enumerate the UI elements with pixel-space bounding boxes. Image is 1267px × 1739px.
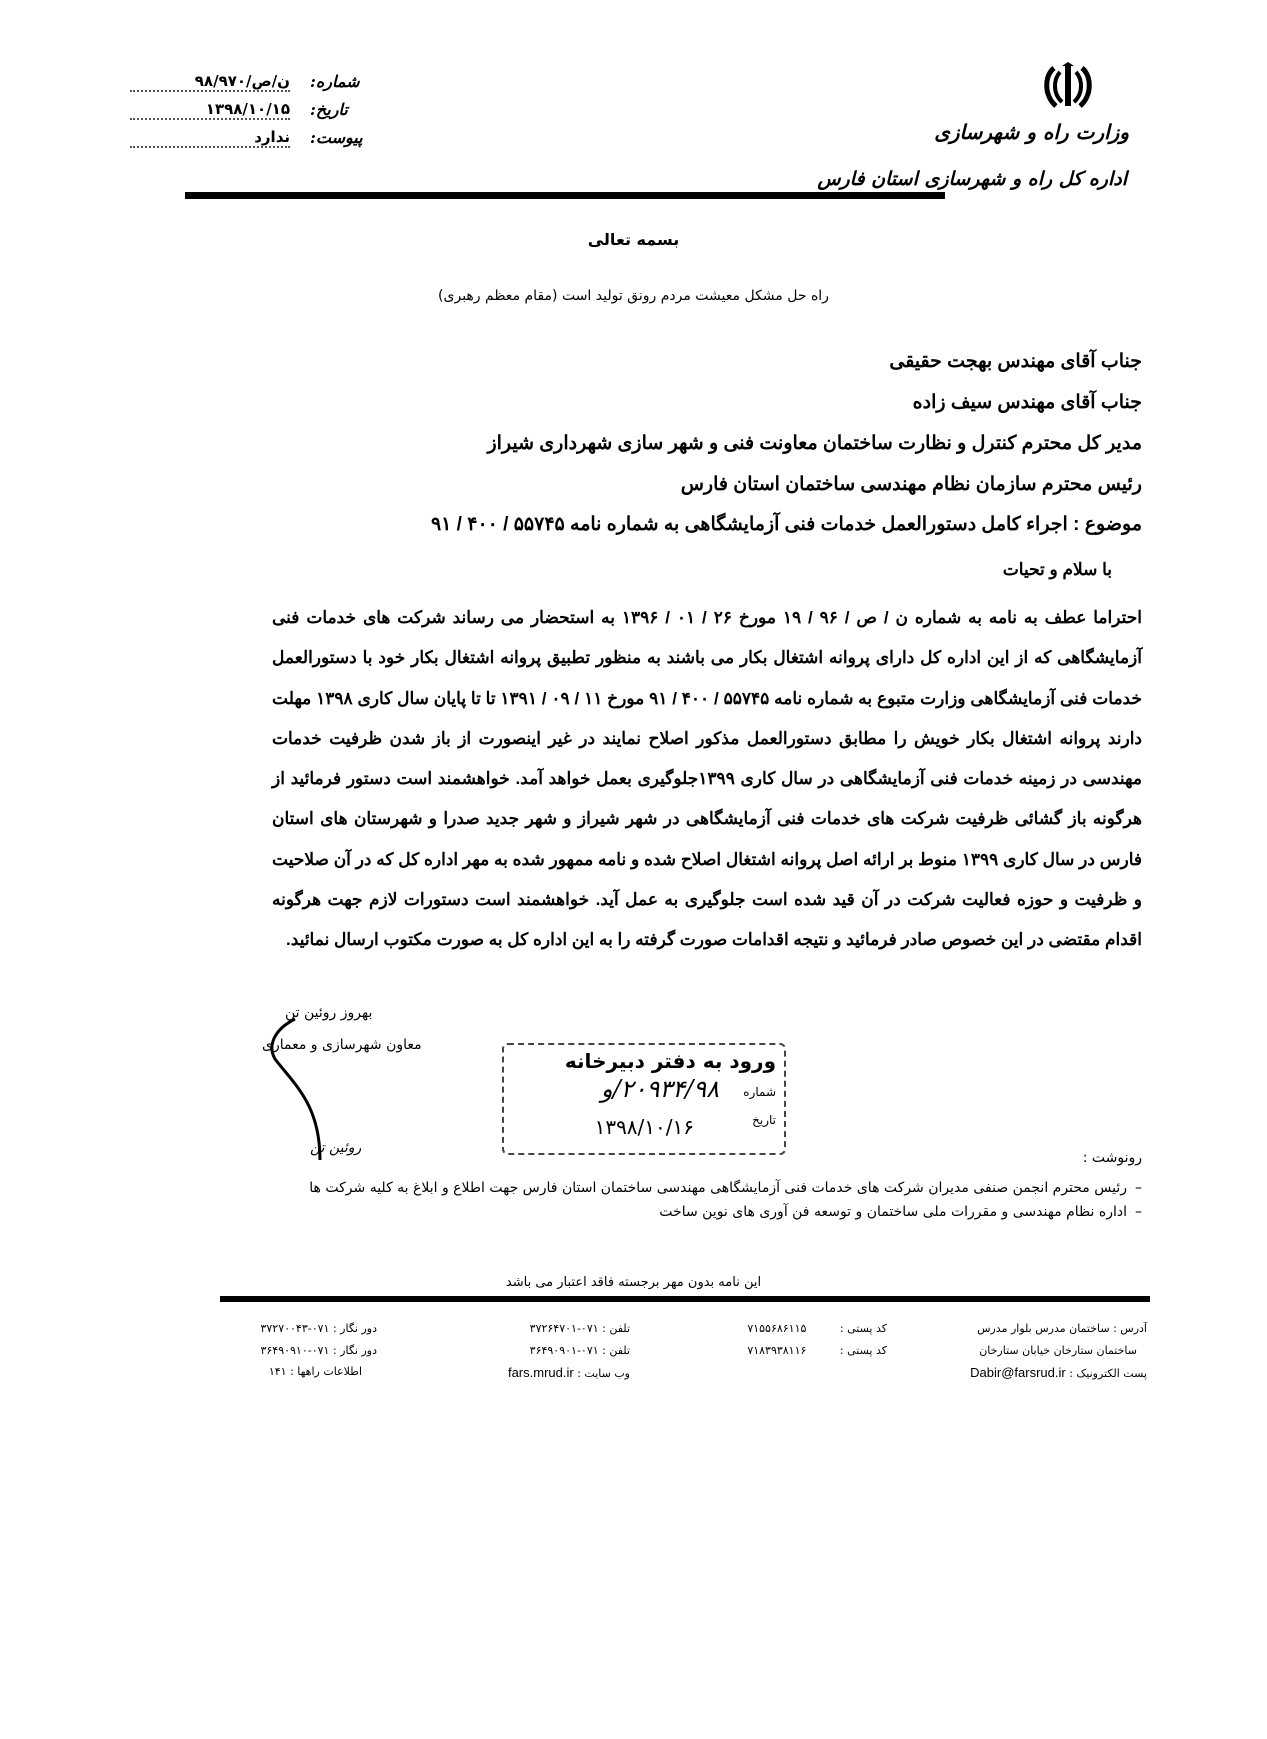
registration-stamp: ورود به دفتر دبیرخانه شماره ۲۰۹۳۴/۹۸/و ت… xyxy=(502,1043,786,1155)
footer-phone-2-value: ۰۷۱-۳۶۴۹۰۹۰۱ xyxy=(530,1344,599,1357)
meta-number-value: ن/ص/۹۸/۹۷۰ xyxy=(130,72,290,92)
ministry-name: وزارت راه و شهرسازی xyxy=(934,120,1129,144)
footer-phone-2: تلفن : ۰۷۱-۳۶۴۹۰۹۰۱ xyxy=(530,1344,630,1357)
stamp-number-label: شماره xyxy=(743,1085,776,1099)
iran-emblem-icon xyxy=(1040,62,1096,112)
department-name: اداره کل راه و شهرسازی استان فارس xyxy=(817,168,1127,190)
cc-item-text: رئیس محترم انجمن صنفی مدیران شرکت های خد… xyxy=(309,1180,1127,1196)
footer-phone-1: تلفن : ۰۷۱-۳۷۲۶۴۷۰۱ xyxy=(530,1322,630,1335)
recipient-1: جناب آقای مهندس بهجت حقیقی xyxy=(889,350,1142,373)
footer-fax-1: دور نگار : ۰۷۱-۳۷۲۷۰۰۴۳ xyxy=(260,1322,377,1335)
footer-address-2: ساختمان ستارخان خیابان ستارخان xyxy=(979,1344,1137,1357)
footer-fax-1-value: ۰۷۱-۳۷۲۷۰۰۴۳ xyxy=(260,1322,329,1335)
meta-attachment-value: ندارد xyxy=(130,128,290,148)
footer-postal-1-value: ۷۱۵۵۶۸۶۱۱۵ xyxy=(747,1322,806,1335)
footer-phone-2-label: تلفن : xyxy=(602,1344,630,1357)
footer-phone-1-label: تلفن : xyxy=(602,1322,630,1335)
recipient-2: جناب آقای مهندس سیف زاده xyxy=(913,391,1142,414)
bismillah: بسمه تعالی xyxy=(0,230,1267,249)
meta-date-value: ۱۳۹۸/۱۰/۱۵ xyxy=(130,100,290,120)
subject-line: موضوع : اجراء کامل دستورالعمل خدمات فنی … xyxy=(431,513,1142,536)
dash-icon: – xyxy=(1135,1180,1142,1196)
cc-item: –اداره نظام مهندسی و مقررات ملی ساختمان … xyxy=(659,1204,1142,1220)
meta-attachment: پیوست: ندارد xyxy=(130,128,340,150)
footer-postal-1-label: کد پستی : xyxy=(840,1322,887,1335)
footer-fax-2-label: دور نگار : xyxy=(333,1344,377,1357)
footer-postal-1: کد پستی : ۷۱۵۵۶۸۶۱۱۵ xyxy=(747,1322,887,1335)
handwritten-signature: روئین تن xyxy=(310,1140,361,1156)
footer-road-info: اطلاعات راهها : ۱۴۱ xyxy=(269,1365,362,1378)
stamp-title: ورود به دفتر دبیرخانه xyxy=(565,1049,776,1073)
meta-number: شماره: ن/ص/۹۸/۹۷۰ xyxy=(130,72,340,94)
letter-body: احتراما عطف به نامه به شماره ن / ص / ۹۶ … xyxy=(272,598,1142,961)
motto: راه حل مشکل معیشت مردم رونق تولید است (م… xyxy=(0,288,1267,304)
meta-number-label: شماره: xyxy=(310,72,360,91)
footer-road-info-label: اطلاعات راهها : xyxy=(290,1365,362,1378)
validity-disclaimer: این نامه بدون مهر برجسته فاقد اعتبار می … xyxy=(0,1275,1267,1290)
cc-item: –رئیس محترم انجمن صنفی مدیران شرکت های خ… xyxy=(309,1180,1142,1196)
footer-email[interactable]: Dabir@farsrud.ir xyxy=(970,1365,1066,1380)
footer-postal-2-label: کد پستی : xyxy=(840,1344,887,1357)
recipient-4: رئیس محترم سازمان نظام مهندسی ساختمان اس… xyxy=(681,473,1142,496)
footer-website[interactable]: fars.mrud.ir xyxy=(508,1365,574,1380)
recipient-3: مدیر کل محترم کنترل و نظارت ساختمان معاو… xyxy=(487,432,1142,455)
meta-date-label: تاریخ: xyxy=(310,100,348,119)
footer-email-row: پست الکترونیک : Dabir@farsrud.ir xyxy=(970,1365,1147,1380)
cc-item-text: اداره نظام مهندسی و مقررات ملی ساختمان و… xyxy=(659,1204,1127,1220)
footer-email-label: پست الکترونیک : xyxy=(1069,1367,1147,1380)
footer-website-label: وب سایت : xyxy=(577,1367,630,1380)
meta-attachment-label: پیوست: xyxy=(310,128,363,147)
footer-road-info-value: ۱۴۱ xyxy=(269,1365,287,1378)
footer-fax-1-label: دور نگار : xyxy=(333,1322,377,1335)
footer-postal-2: کد پستی : ۷۱۸۳۹۳۸۱۱۶ xyxy=(747,1344,887,1357)
greeting: با سلام و تحیات xyxy=(1003,560,1112,580)
footer-divider xyxy=(220,1296,1150,1302)
stamp-date-label: تاریخ xyxy=(752,1113,776,1127)
cc-label: رونوشت : xyxy=(1083,1150,1142,1166)
footer-fax-2: دور نگار : ۰۷۱-۳۶۴۹۰۹۱۰ xyxy=(260,1344,377,1357)
footer-phone-1-value: ۰۷۱-۳۷۲۶۴۷۰۱ xyxy=(530,1322,599,1335)
footer-postal-2-value: ۷۱۸۳۹۳۸۱۱۶ xyxy=(747,1344,806,1357)
stamp-number: ۲۰۹۳۴/۹۸/و xyxy=(601,1075,719,1103)
footer-address: آدرس : ساختمان مدرس بلوار مدرس xyxy=(977,1322,1147,1335)
footer-fax-2-value: ۰۷۱-۳۶۴۹۰۹۱۰ xyxy=(260,1344,329,1357)
dash-icon: – xyxy=(1135,1204,1142,1220)
header-divider xyxy=(185,192,945,199)
stamp-date: ۱۳۹۸/۱۰/۱۶ xyxy=(595,1115,694,1139)
footer-website-row: وب سایت : fars.mrud.ir xyxy=(508,1365,630,1380)
meta-date: تاریخ: ۱۳۹۸/۱۰/۱۵ xyxy=(130,100,340,122)
